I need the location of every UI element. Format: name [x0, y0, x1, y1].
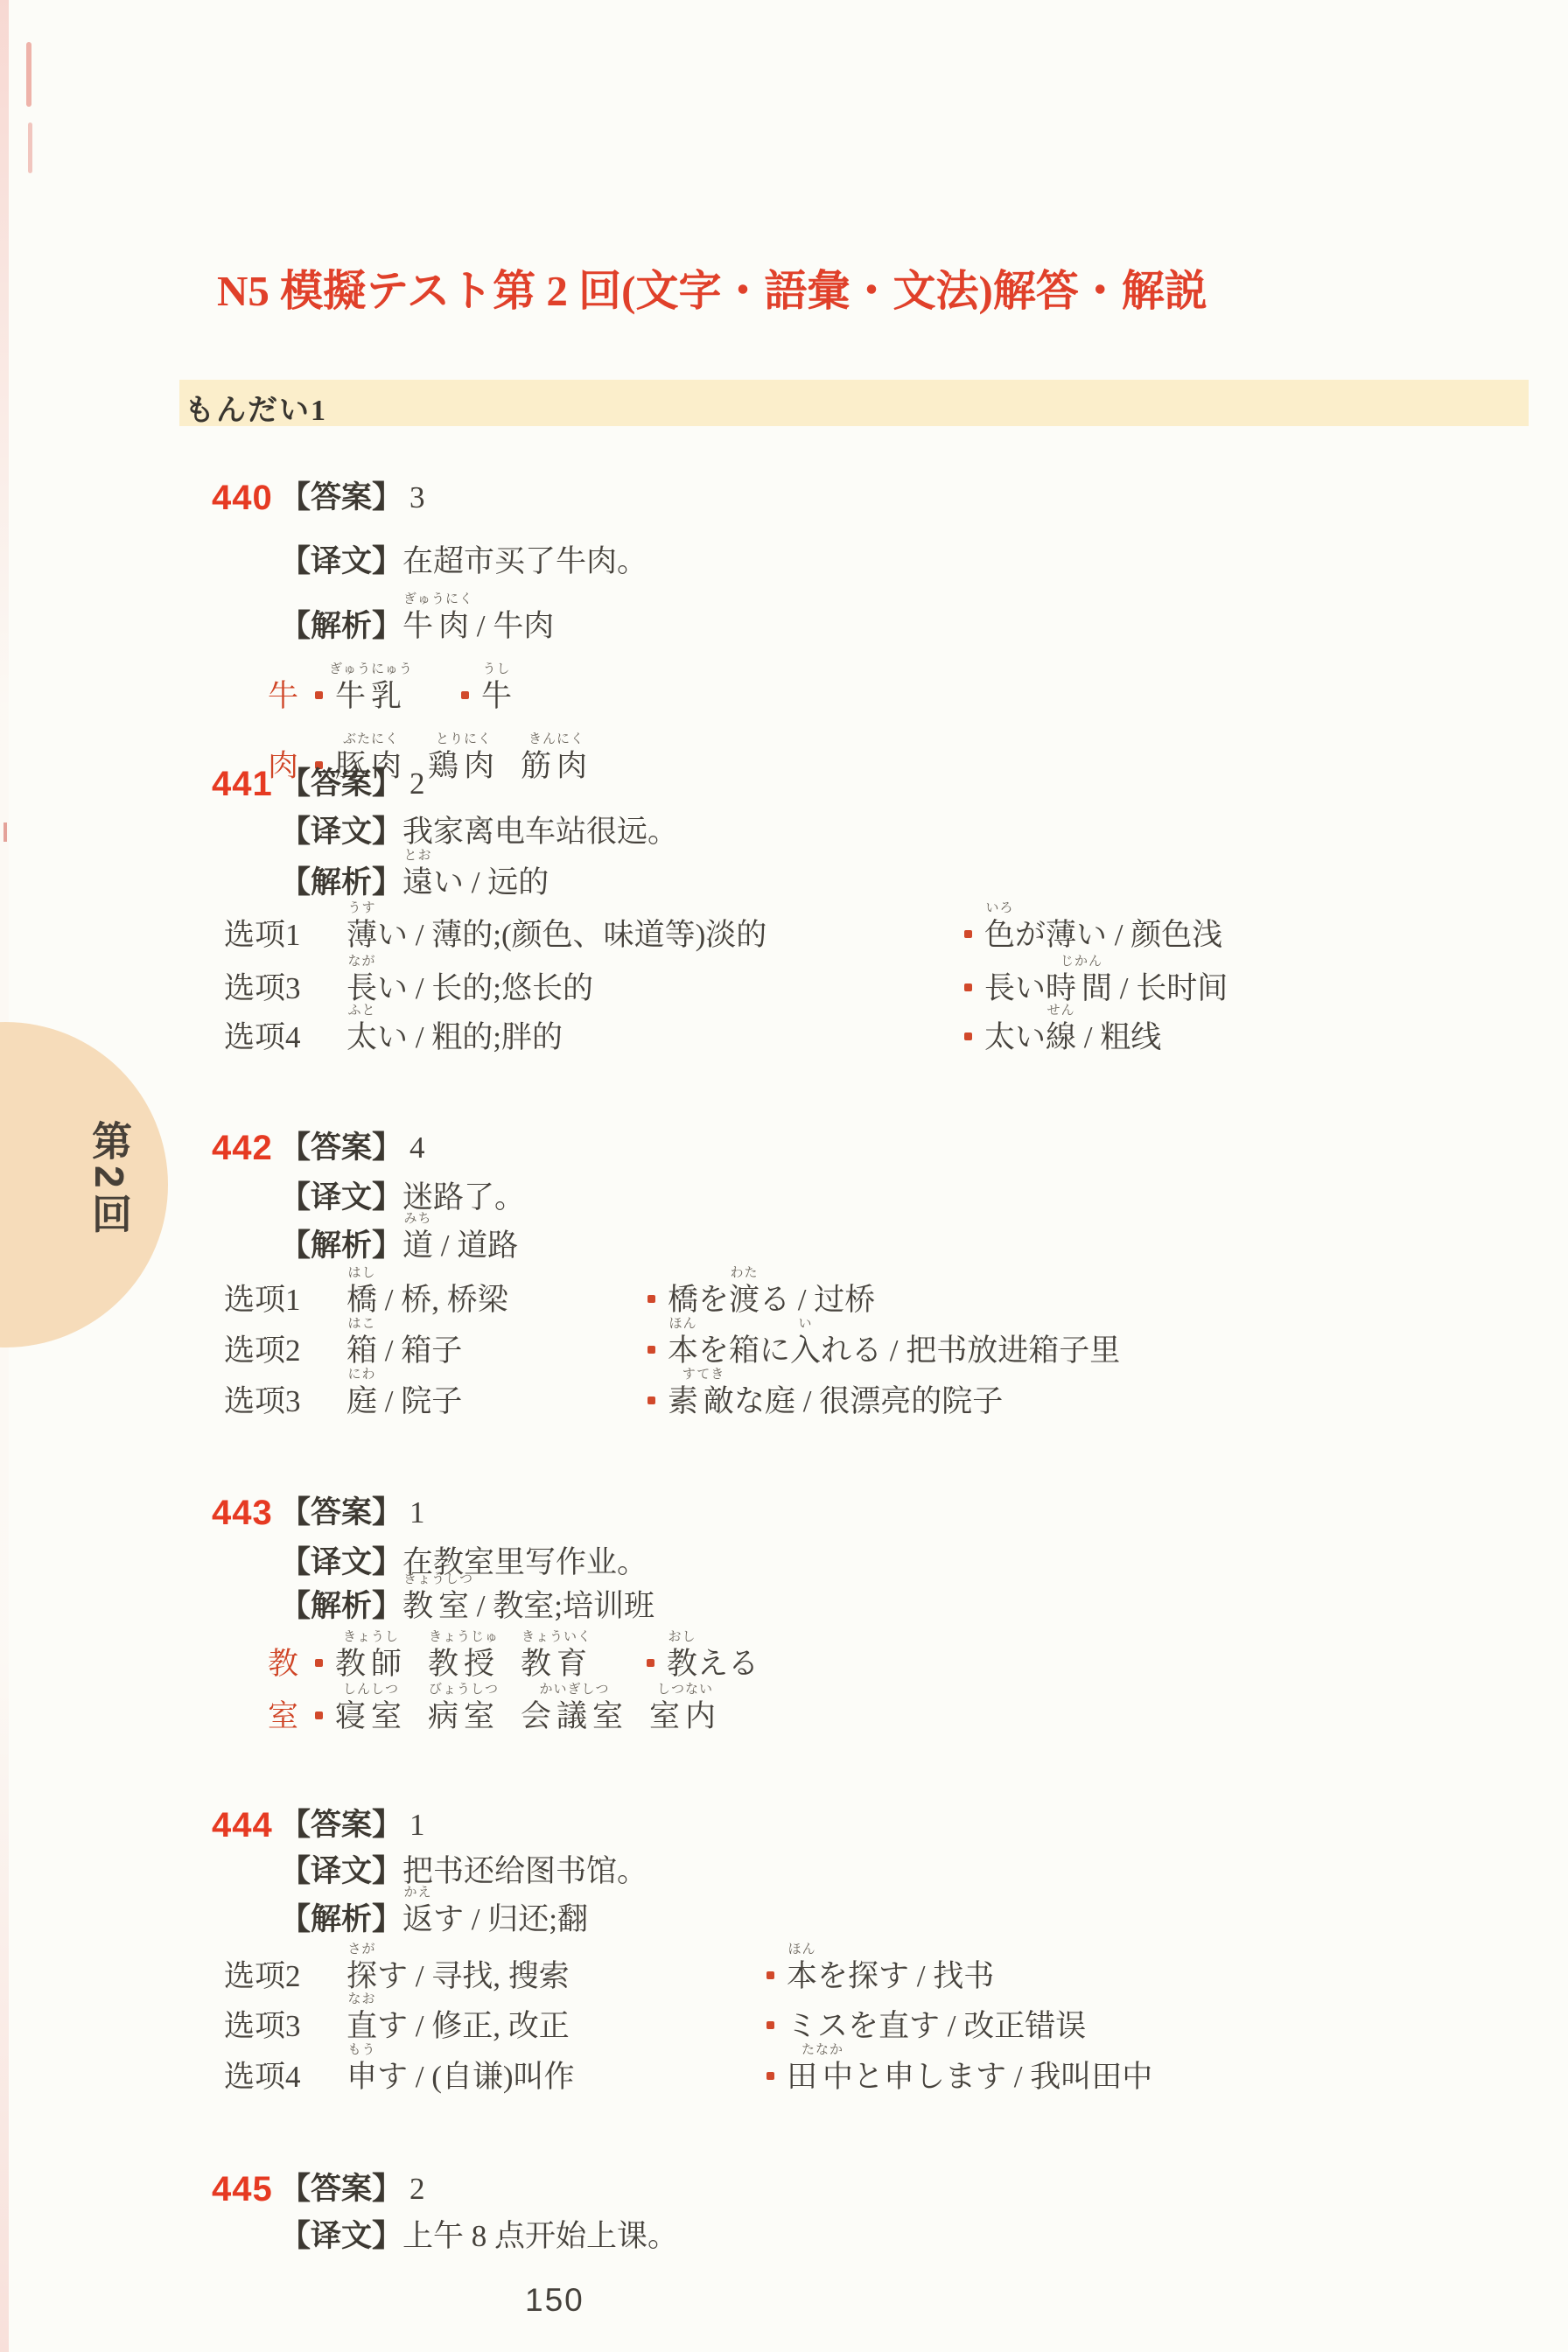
- furigana: すてき: [682, 1368, 724, 1382]
- furigana: びょうしつ: [429, 1683, 499, 1697]
- furigana: きょうし: [343, 1631, 399, 1644]
- furigana-word: きょうし教師: [335, 1643, 407, 1685]
- translation-label: 【译文】: [280, 1545, 402, 1579]
- question-443: 443【答案】1【译文】在教室里写作业。【解析】きょうしつ教室 / 教室;培训班…: [280, 1474, 1522, 1754]
- furigana: いろ: [985, 902, 1013, 915]
- vocabulary-word: びょうしつ病室: [428, 1699, 494, 1733]
- option-label: 选项1: [224, 914, 301, 956]
- furigana: きょういく: [521, 1631, 591, 1644]
- answer-value: 2: [409, 2172, 425, 2206]
- furigana-word: すてき素敵: [668, 1381, 739, 1423]
- furigana: なが: [347, 955, 375, 969]
- furigana: はこ: [347, 1318, 375, 1331]
- option-example: ほん本を探す / 找书: [766, 1956, 994, 1998]
- question-number: 442: [212, 1129, 273, 1167]
- translation-text: 上午 8 点开始上课。: [402, 2219, 678, 2253]
- bullet-icon: [964, 1032, 972, 1040]
- translation-label: 【译文】: [280, 2219, 402, 2253]
- option-meaning: はし橋 / 桥, 桥梁: [346, 1279, 508, 1321]
- answer-value: 2: [409, 766, 425, 801]
- bullet-icon: [461, 691, 469, 699]
- furigana: かえ: [404, 1886, 432, 1900]
- furigana: はし: [347, 1267, 375, 1280]
- word-groups: しんしつ寝室びょうしつ病室かいぎしつ会議室しつない室内: [315, 1696, 775, 1738]
- answer-label: 【答案】: [280, 480, 402, 514]
- answer-label: 【答案】: [280, 766, 402, 801]
- furigana: しんしつ: [343, 1683, 399, 1697]
- bullet-icon: [647, 1659, 654, 1667]
- option-example: すてき素敵な庭 / 很漂亮的院子: [647, 1381, 1003, 1423]
- furigana-word: はし橋: [346, 1279, 377, 1321]
- option-meaning: はこ箱 / 箱子: [346, 1330, 462, 1372]
- answer-line: 445【答案】2: [280, 2168, 425, 2212]
- analysis-line: 【解析】みち道 / 道路: [280, 1225, 518, 1269]
- option-label: 选项4: [224, 1017, 301, 1059]
- bullet-icon: [647, 1295, 655, 1303]
- furigana: みち: [404, 1213, 432, 1226]
- bullet-icon: [766, 1971, 774, 1979]
- option-label: 选项3: [224, 1381, 301, 1423]
- bullet-icon: [964, 983, 972, 991]
- furigana-word: もう申: [346, 2056, 377, 2098]
- bullet-icon: [315, 691, 323, 699]
- option-example: 太いせん線 / 粗线: [964, 1017, 1161, 1059]
- bullet-icon: [766, 2021, 774, 2029]
- option-label: 选项1: [224, 1279, 301, 1321]
- option-example: ミスを直す / 改正错误: [766, 2005, 1086, 2047]
- question-442: 442【答案】4【译文】迷路了。【解析】みち道 / 道路选项1はし橋 / 桥, …: [280, 1109, 1522, 1442]
- furigana-word: きょうしつ教室: [402, 1585, 474, 1627]
- vocabulary-word: きょうし教師: [335, 1647, 402, 1681]
- word-groups: ぎゅうにゅう牛乳うし牛: [315, 675, 571, 717]
- word-group: しんしつ寝室びょうしつ病室かいぎしつ会議室しつない室内: [315, 1696, 742, 1738]
- furigana-word: びょうしつ病室: [428, 1696, 500, 1738]
- furigana-word: わた渡: [729, 1279, 759, 1321]
- furigana: たなか: [801, 2044, 843, 2057]
- furigana-word: かえ返: [402, 1899, 433, 1941]
- answer-value: 3: [409, 480, 425, 514]
- radical-character: 牛: [268, 675, 298, 717]
- radical-character: 教: [268, 1643, 298, 1685]
- option-example: 長いじかん時間 / 长时间: [964, 968, 1228, 1010]
- furigana-word: みち道: [402, 1225, 433, 1267]
- vocabulary-word: うし牛: [481, 679, 512, 713]
- translation-label: 【译文】: [280, 1854, 402, 1888]
- furigana: とお: [404, 850, 432, 863]
- furigana: い: [799, 1318, 813, 1331]
- furigana: うし: [483, 663, 511, 676]
- analysis-label: 【解析】: [280, 865, 402, 899]
- furigana-word: なお直: [346, 2005, 377, 2047]
- furigana-word: ぎゅうにく牛肉: [402, 605, 474, 647]
- furigana-word: ふと太: [346, 1017, 377, 1059]
- furigana-word: しつない室内: [649, 1696, 721, 1738]
- word-groups: きょうし教師きょうじゅ教授きょういく教育おし教える: [315, 1643, 818, 1685]
- furigana-word: い入: [790, 1330, 821, 1372]
- furigana: うす: [347, 902, 375, 915]
- furigana-word: かいぎしつ会議室: [521, 1696, 628, 1738]
- furigana: せん: [1047, 1004, 1075, 1018]
- answer-line: 443【答案】1: [280, 1492, 425, 1536]
- bullet-icon: [647, 1396, 655, 1404]
- furigana: ほん: [787, 1943, 815, 1956]
- translation-text: 迷路了。: [402, 1180, 525, 1214]
- option-meaning: なお直す / 修正, 改正: [346, 2005, 570, 2047]
- analysis-text: きょうしつ教室 / 教室;培训班: [402, 1589, 654, 1623]
- word-group: うし牛: [461, 675, 538, 717]
- furigana-word: たなか田中: [787, 2056, 858, 2098]
- option-label: 选项3: [224, 2005, 301, 2047]
- furigana: じかん: [1060, 955, 1102, 969]
- bullet-icon: [647, 1346, 655, 1354]
- furigana: なお: [347, 1993, 375, 2006]
- translation-text: 在超市买了牛肉。: [402, 544, 647, 578]
- question-number: 441: [212, 765, 273, 803]
- translation-label: 【译文】: [280, 1180, 402, 1214]
- furigana-word: はこ箱: [346, 1330, 377, 1372]
- translation-label: 【译文】: [280, 544, 402, 578]
- translation-text: 我家离电车站很远。: [402, 815, 678, 849]
- option-meaning: もう申す / (自谦)叫作: [346, 2056, 575, 2098]
- question-444: 444【答案】1【译文】把书还给图书馆。【解析】かえ返す / 归还;翻选项2さが…: [280, 1787, 1522, 2119]
- analysis-line: 【解析】とお遠い / 远的: [280, 862, 549, 906]
- furigana-word: きょうじゅ教授: [428, 1643, 500, 1685]
- furigana: ぎゅうにゅう: [329, 663, 413, 676]
- analysis-text: みち道 / 道路: [402, 1228, 518, 1263]
- analysis-label: 【解析】: [280, 1589, 402, 1623]
- furigana: わた: [731, 1267, 759, 1280]
- analysis-text: とお遠い / 远的: [402, 865, 549, 899]
- option-meaning: ふと太い / 粗的;胖的: [346, 1017, 563, 1059]
- vocabulary-word: しんしつ寝室: [335, 1699, 402, 1733]
- bullet-icon: [964, 930, 972, 938]
- furigana-word: ほん本: [668, 1330, 698, 1372]
- option-meaning: さが探す / 寻找, 搜索: [346, 1956, 570, 1998]
- question-number: 440: [212, 479, 273, 517]
- furigana: さが: [347, 1943, 375, 1956]
- furigana-word: にわ庭: [346, 1381, 377, 1423]
- translation-line: 【译文】把书还给图书馆。: [280, 1851, 647, 1894]
- option-label: 选项4: [224, 2056, 301, 2098]
- vocabulary-word: かいぎしつ会議室: [521, 1699, 623, 1733]
- option-meaning: にわ庭 / 院子: [346, 1381, 462, 1423]
- analysis-label: 【解析】: [280, 609, 402, 643]
- option-example: いろ色が薄い / 颜色浅: [964, 914, 1222, 956]
- analysis-line: 【解析】かえ返す / 归还;翻: [280, 1899, 588, 1942]
- word-group: おし教える: [647, 1643, 785, 1685]
- furigana-word: きょういく教育: [521, 1643, 592, 1685]
- question-445: 445【答案】2【译文】上午 8 点开始上课。: [280, 2151, 1522, 2273]
- furigana: きょうじゅ: [429, 1631, 499, 1644]
- option-example: 橋をわた渡る / 过桥: [647, 1279, 875, 1321]
- furigana-word: とお遠: [402, 862, 433, 904]
- furigana: しつない: [657, 1683, 713, 1697]
- option-example: たなか田中と申します / 我叫田中: [766, 2056, 1152, 2098]
- furigana: ぎゅうにく: [403, 593, 473, 606]
- furigana-word: いろ色: [984, 914, 1015, 956]
- furigana-word: しんしつ寝室: [335, 1696, 407, 1738]
- analysis-text: かえ返す / 归还;翻: [402, 1902, 588, 1936]
- furigana: ほん: [668, 1318, 696, 1331]
- bullet-icon: [766, 2072, 774, 2080]
- questions-container: 440【答案】3【译文】在超市买了牛肉。【解析】ぎゅうにく牛肉 / 牛肉牛ぎゅう…: [0, 0, 1568, 2352]
- furigana-word: ほん本: [787, 1956, 817, 1998]
- option-meaning: なが長い / 长的;悠长的: [346, 968, 593, 1010]
- radical-character: 室: [268, 1696, 298, 1738]
- furigana-word: せん線: [1046, 1017, 1076, 1059]
- translation-line: 【译文】在超市买了牛肉。: [280, 541, 647, 584]
- option-label: 选项3: [224, 968, 301, 1010]
- word-group: ぎゅうにゅう牛乳: [315, 675, 428, 717]
- question-number: 443: [212, 1494, 273, 1532]
- option-label: 选项2: [224, 1956, 301, 1998]
- furigana-word: うす薄: [346, 914, 377, 956]
- page-number: 150: [525, 2282, 584, 2319]
- vocabulary-word: おし教える: [667, 1647, 759, 1681]
- question-441: 441【答案】2【译文】我家离电车站很远。【解析】とお遠い / 远的选项1うす薄…: [280, 742, 1522, 1074]
- translation-label: 【译文】: [280, 815, 402, 849]
- answer-line: 440【答案】3: [280, 477, 425, 521]
- furigana: きょうしつ: [403, 1573, 473, 1586]
- translation-line: 【译文】迷路了。: [280, 1177, 525, 1221]
- furigana-word: おし教: [667, 1643, 697, 1685]
- furigana-word: ぎゅうにゅう牛乳: [335, 675, 407, 717]
- translation-line: 【译文】我家离电车站很远。: [280, 811, 678, 855]
- furigana-word: さが探: [346, 1956, 377, 1998]
- analysis-line: 【解析】ぎゅうにく牛肉 / 牛肉: [280, 605, 554, 649]
- option-meaning: うす薄い / 薄的;(颜色、味道等)淡的: [346, 914, 766, 956]
- option-example: ほん本を箱にい入れる / 把书放进箱子里: [647, 1330, 1120, 1372]
- answer-label: 【答案】: [280, 2172, 402, 2206]
- vocabulary-word: きょういく教育: [521, 1647, 587, 1681]
- question-number: 444: [212, 1806, 273, 1844]
- vocabulary-word: しつない室内: [649, 1699, 716, 1733]
- page: N5 模擬テスト第 2 回(文字・語彙・文法)解答・解説 もんだい1 第2回 4…: [0, 0, 1568, 2352]
- answer-value: 1: [409, 1808, 425, 1842]
- answer-label: 【答案】: [280, 1130, 402, 1165]
- answer-label: 【答案】: [280, 1808, 402, 1842]
- vocabulary-word: きょうじゅ教授: [428, 1647, 494, 1681]
- furigana: にわ: [347, 1368, 375, 1382]
- answer-line: 444【答案】1: [280, 1804, 425, 1848]
- analysis-text: ぎゅうにく牛肉 / 牛肉: [402, 609, 554, 643]
- answer-line: 442【答案】4: [280, 1127, 425, 1171]
- furigana-word: うし牛: [481, 675, 512, 717]
- analysis-label: 【解析】: [280, 1902, 402, 1936]
- answer-line: 441【答案】2: [280, 763, 425, 807]
- answer-value: 1: [409, 1495, 425, 1529]
- furigana: おし: [668, 1631, 696, 1644]
- answer-label: 【答案】: [280, 1495, 402, 1529]
- furigana: ふと: [347, 1004, 375, 1018]
- word-group: きょうし教師きょうじゅ教授きょういく教育: [315, 1643, 613, 1685]
- answer-value: 4: [409, 1130, 425, 1165]
- question-number: 445: [212, 2170, 273, 2208]
- bullet-icon: [315, 1659, 323, 1667]
- bullet-icon: [315, 1711, 323, 1719]
- translation-line: 【译文】上午 8 点开始上课。: [280, 2215, 678, 2259]
- furigana: もう: [347, 2044, 375, 2057]
- analysis-label: 【解析】: [280, 1228, 402, 1263]
- translation-text: 把书还给图书馆。: [402, 1854, 647, 1888]
- vocabulary-word: ぎゅうにゅう牛乳: [335, 679, 402, 713]
- furigana: かいぎしつ: [540, 1683, 610, 1697]
- analysis-line: 【解析】きょうしつ教室 / 教室;培训班: [280, 1585, 654, 1629]
- option-label: 选项2: [224, 1330, 301, 1372]
